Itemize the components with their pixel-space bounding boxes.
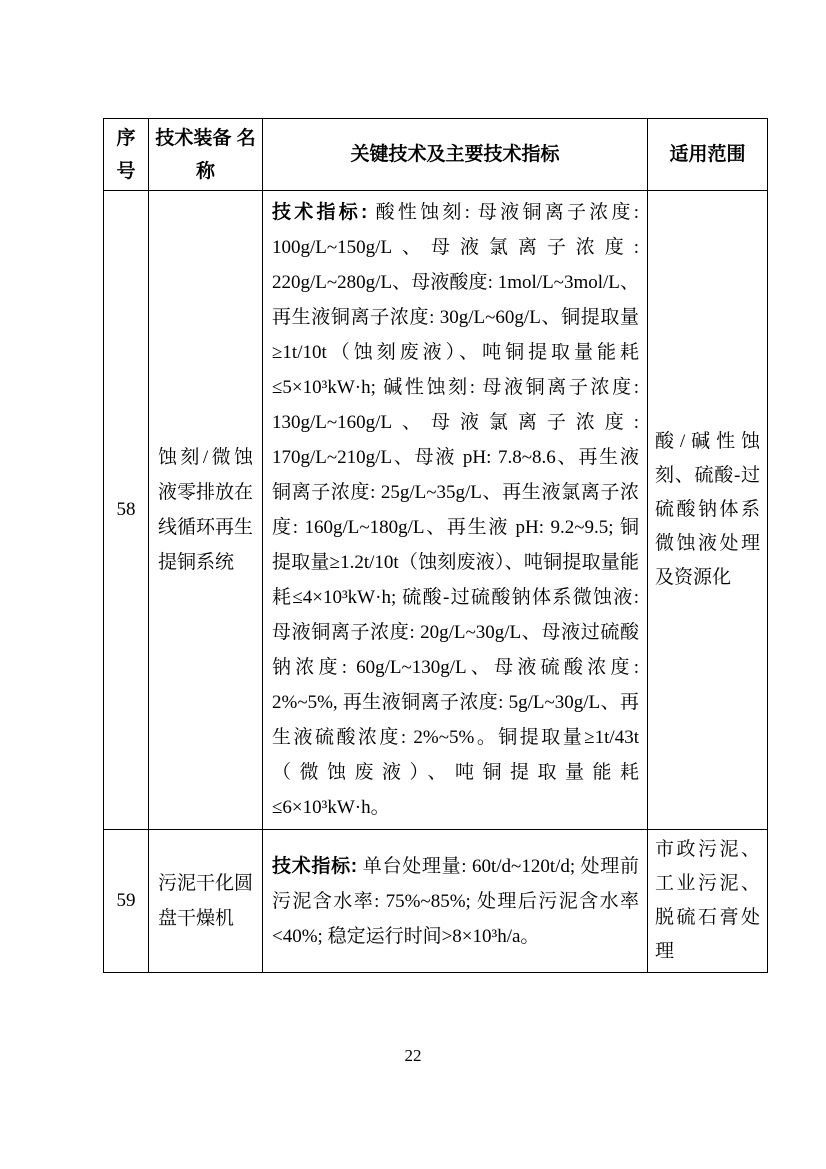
- header-col-name: 技术装备 名称: [149, 119, 263, 191]
- table-row: 58 蚀刻/微蚀液零排放在线循环再生提铜系统 技术指标:酸性蚀刻: 母液铜离子浓…: [104, 191, 768, 830]
- row-number: 58: [104, 191, 149, 830]
- indicators-text: 酸性蚀刻: 母液铜离子浓度: 100g/L~150g/L、母液氯离子浓度: 22…: [272, 202, 639, 818]
- equipment-name: 污泥干化圆盘干燥机: [149, 830, 263, 973]
- indicators-label: 技术指标:: [272, 202, 367, 223]
- table-row: 59 污泥干化圆盘干燥机 技术指标:单台处理量: 60t/d~120t/d; 处…: [104, 830, 768, 973]
- document-page: 序 号 技术装备 名称 关键技术及主要技术指标 适用范围 58 蚀刻/微蚀液零排…: [0, 0, 826, 1169]
- equipment-name: 蚀刻/微蚀液零排放在线循环再生提铜系统: [149, 191, 263, 830]
- page-number: 22: [0, 1046, 826, 1066]
- technical-indicators: 技术指标:单台处理量: 60t/d~120t/d; 处理前污泥含水率: 75%~…: [263, 830, 648, 973]
- table-header-row: 序 号 技术装备 名称 关键技术及主要技术指标 适用范围: [104, 119, 768, 191]
- applicable-scope: 市政污泥、工业污泥、脱硫石膏处理: [648, 830, 768, 973]
- header-col-scope: 适用范围: [648, 119, 768, 191]
- header-col-number: 序 号: [104, 119, 149, 191]
- tech-spec-table: 序 号 技术装备 名称 关键技术及主要技术指标 适用范围 58 蚀刻/微蚀液零排…: [103, 118, 768, 973]
- row-number: 59: [104, 830, 149, 973]
- indicators-label: 技术指标:: [272, 856, 357, 877]
- technical-indicators: 技术指标:酸性蚀刻: 母液铜离子浓度: 100g/L~150g/L、母液氯离子浓…: [263, 191, 648, 830]
- header-col-indicators: 关键技术及主要技术指标: [263, 119, 648, 191]
- applicable-scope: 酸/碱性蚀刻、硫酸-过硫酸钠体系微蚀液处理及资源化: [648, 191, 768, 830]
